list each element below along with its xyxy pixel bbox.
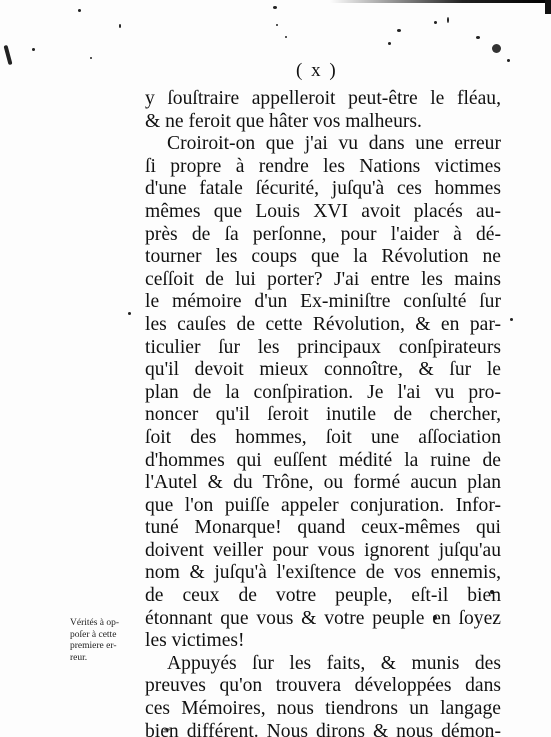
text-line: plan de la conſpiration. Je l'ai vu pro- — [145, 382, 501, 405]
margin-note-line: premiere er- — [70, 641, 140, 653]
text-line: les cauſes de cette Révolution, & en par… — [145, 314, 501, 337]
scan-speck — [90, 57, 92, 59]
text-line: de ceux de votre peuple, eſt-il bien — [145, 585, 501, 608]
marginal-note: Vérités à op- poſer à cette premiere er-… — [70, 618, 140, 664]
text-line: ſi propre à rendre les Nations victimes — [145, 156, 501, 179]
scan-speck — [434, 21, 437, 24]
text-line: qu'il devoit mieux connoître, & ſur le — [145, 359, 501, 382]
text-line: près de ſa perſonne, pour l'aider à dé- — [145, 224, 501, 247]
text-line: bien différent. Nous dirons & nous démon… — [145, 721, 501, 737]
body-text: y ſouſtraire appelleroit peut-être le fl… — [145, 88, 501, 737]
scan-speck — [285, 36, 287, 38]
scan-speck — [447, 17, 449, 23]
text-line: d'une fatale ſécurité, juſqu'à ces homme… — [145, 178, 501, 201]
scan-speck — [119, 24, 121, 28]
scan-speck — [507, 59, 510, 62]
text-line: tourner les coups que la Révolution ne — [145, 246, 501, 269]
scan-speck — [397, 29, 401, 32]
scanned-book-page: ( x ) y ſouſtraire appelleroit peut-être… — [0, 0, 551, 737]
margin-note-line: reur. — [70, 653, 140, 665]
text-line: l'Autel & du Trône, ou formé aucun plan — [145, 472, 501, 495]
scan-speck — [476, 36, 480, 39]
scan-speck — [3, 45, 12, 65]
text-line: ceſſoit de lui porter? J'ai entre les ma… — [145, 269, 501, 292]
text-line: les victimes! — [145, 630, 501, 653]
text-line: noncer qu'il ſeroit inutile de chercher, — [145, 404, 501, 427]
text-line: étonnant que vous & votre peuple en ſoye… — [145, 608, 501, 631]
text-line: Croiroit-on que j'ai vu dans une erreur — [145, 133, 501, 156]
scan-speck — [78, 9, 81, 12]
text-line: ſoit des hommes, ſoit une aſſociation — [145, 427, 501, 450]
text-line: & ne feroit que hâter vos malheurs. — [145, 111, 501, 134]
text-line: d'hommes qui euſſent médité la ruine de — [145, 450, 501, 473]
margin-note-line: Vérités à op- — [70, 618, 140, 630]
page-top-edge-shadow — [330, 0, 551, 3]
scan-speck — [510, 318, 513, 321]
text-line: nom & juſqu'à l'exiſtence de vos ennemis… — [145, 562, 501, 585]
text-line: Appuyés ſur les faits, & munis des — [145, 653, 501, 676]
text-line: preuves qu'on trouvera développées dans — [145, 675, 501, 698]
text-line: ticulier ſur les principaux conſpirateur… — [145, 337, 501, 360]
scan-speck — [128, 312, 131, 315]
text-line: y ſouſtraire appelleroit peut-être le fl… — [145, 88, 501, 111]
text-line: que l'on puiſſe appeler conjuration. Inf… — [145, 495, 501, 518]
page-number-folio: ( x ) — [296, 60, 338, 82]
text-line: le mémoire d'un Ex-miniſtre conſulté ſur — [145, 291, 501, 314]
scan-speck — [492, 44, 501, 53]
scan-speck — [273, 6, 277, 9]
scan-speck — [32, 48, 35, 51]
scan-speck — [276, 24, 278, 26]
scan-speck — [388, 42, 391, 45]
page-corner-shadow — [545, 0, 551, 14]
text-line: tuné Monarque! quand ceux-mêmes qui — [145, 517, 501, 540]
text-line: ces Mémoires, nous tiendrons un langage — [145, 698, 501, 721]
text-line: doivent veiller pour vous ignorent juſqu… — [145, 540, 501, 563]
margin-note-line: poſer à cette — [70, 630, 140, 642]
text-line: mêmes que Louis XVI avoit placés au- — [145, 201, 501, 224]
